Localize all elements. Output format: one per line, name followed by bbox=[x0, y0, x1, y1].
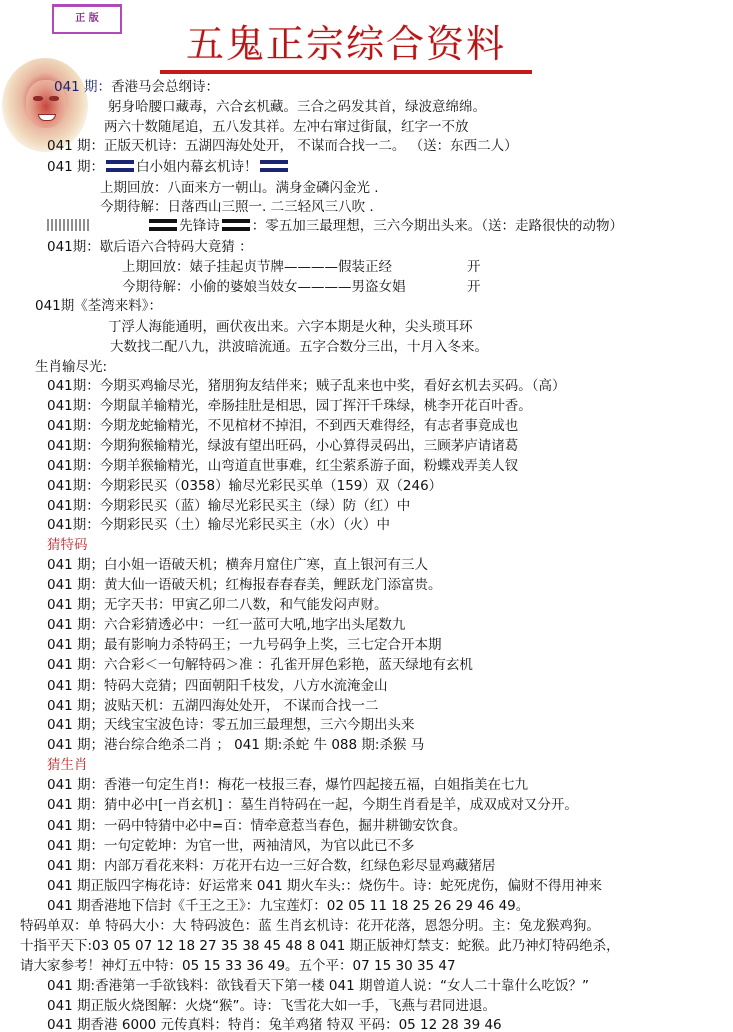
poem-line: 丁浮人海能通明，画伏夜出来。六字本期是火种，尖头琐耳环 bbox=[108, 318, 473, 337]
list-item: 041 期；波贴天机：五湖四海处处开， 不谋而合找一二 bbox=[47, 697, 378, 716]
block-hk-poem-heading: 041 期：香港马会总纲诗： bbox=[54, 78, 219, 97]
double-bar-icon bbox=[260, 160, 288, 172]
list-item: 041 期正版火烧图解：火烧“猴”。诗：飞雪花大如一手，飞燕与君同进退。 bbox=[47, 997, 496, 1016]
list-item: 041期：今期羊猴输精光，山弯道直世事难，红尘萦系游子面，粉蝶戏弄美人钗 bbox=[47, 457, 518, 476]
block-heading: 歇后语六合特码大竟猜 ： bbox=[100, 239, 253, 255]
eye-shape bbox=[33, 96, 43, 101]
last-issue-replay: 上期回放：八面来方一朝山。满身金磷闪金光 . bbox=[100, 179, 379, 198]
list-item: 请大家参考！神灯五中特：05 15 33 36 49。五个平：07 15 30 … bbox=[20, 957, 456, 976]
list-item: 041 期：特码大竞猜；四面朝阳千枝发，八方水流淹金山 bbox=[47, 677, 388, 696]
list-item: 041 期：六合彩＜一句解特码＞准 ：孔雀开屏色彩艳，蓝天绿地有玄机 bbox=[47, 656, 473, 675]
xiehouyu-current: 今期待解：小偷的婆娘当妓女————男盗女娼 bbox=[122, 278, 406, 297]
list-item: 041 期：一句定乾坤：为官一世，两袖清风，为官以此已不多 bbox=[47, 837, 415, 856]
block-heading: 白小姐内幕玄机诗！ bbox=[136, 159, 258, 175]
list-item: 041 期香港地下信封《千王之王》：九宝莲灯：02 05 11 18 25 26… bbox=[47, 897, 529, 916]
section-title-caitema: 猜特码 bbox=[47, 536, 88, 555]
list-item: 041期：今期彩民买（土）输尽光彩民买主（水）（火）中 bbox=[47, 516, 390, 535]
list-item: 041 期正版四字梅花诗：好运常来 041 期火车头:：烧伤牛。诗：蛇死虎伤，偏… bbox=[47, 877, 602, 896]
list-item: 041 期:香港第一手欲钱料：欲钱看天下第一楼 041 期曾道人说：“女人二十靠… bbox=[47, 977, 589, 996]
list-item: 041期：今期龙蛇输精光，不见棺材不掉泪，不到西天难得经，有志者事竟成也 bbox=[47, 417, 518, 436]
poem-line: 两六十数随尾追，五八发其祥。左冲右窜过街鼠，红字一不放 bbox=[104, 118, 469, 137]
xiehouyu-last: 上期回放：婊子挂起贞节牌————假装正经 bbox=[122, 258, 392, 277]
list-item: 041 期：一码中特猜中必中=百：情牵意惹当春色，掘井耕锄安饮食。 bbox=[47, 817, 466, 836]
list-item: 十指平天下:03 05 07 12 18 27 35 38 45 48 8 04… bbox=[20, 937, 620, 956]
smudged-issue-label bbox=[47, 219, 91, 231]
double-bar-icon bbox=[149, 219, 177, 231]
current-issue-riddle: 今期待解：日落西山三照一. 二三轻风三八吹 . bbox=[100, 198, 374, 217]
list-item: 041 期：猜中必中[一肖玄机] ：墓生肖特码在一起，今期生肖看是羊，成双成对又… bbox=[47, 796, 578, 815]
list-item: 041 期；天线宝宝波色诗：零五加三最理想，三六今期出头来 bbox=[47, 716, 415, 735]
quanwan-heading: 041期《荃湾来料》： bbox=[35, 297, 162, 316]
xiehouyu-heading: 041期：歇后语六合特码大竟猜 ： bbox=[47, 238, 253, 257]
list-item: 特码单双：单 特码大小：大 特码波色：蓝 生肖玄机诗：花开花落，恩怨分明。主：兔… bbox=[20, 917, 600, 936]
list-item: 041 期；无字天书：甲寅乙卯二八数，和气能发闷声财。 bbox=[47, 596, 388, 615]
vanguard-poem-row: 先锋诗：零五加三最理想，三六今期出头来。（送：走路很快的动物） bbox=[47, 217, 623, 236]
row-text: ：零五加三最理想，三六今期出头来。（送：走路很快的动物） bbox=[252, 218, 623, 234]
list-item: 041期：今期狗猴输精光，绿波有望出旺码，小心算得灵码出，三顾茅庐请诸葛 bbox=[47, 437, 518, 456]
block-heading: 香港马会总纲诗： bbox=[111, 79, 219, 95]
list-item: 041 期：内部万看花来料：万花开右边一三好合数，红绿色彩尽显鸡藏猪居 bbox=[47, 857, 496, 876]
double-bar-icon bbox=[222, 219, 250, 231]
list-item: 041期：今期彩民买（蓝）输尽光彩民买主（绿）防（红）中 bbox=[47, 497, 410, 516]
issue-label: 041 期： bbox=[47, 138, 104, 154]
tianji-poem-row: 041 期：正版天机诗：五湖四海处处开， 不谋而合找一二。 （送：东西二人） bbox=[47, 137, 518, 156]
page-title: 五鬼正宗综合资料 bbox=[160, 22, 532, 74]
list-item: 041期：今期彩民买（0358）输尽光彩民买单（159）双（246） bbox=[47, 477, 442, 496]
list-item: 041 期；最有影响力杀特码王；一九号码争上奖，三七定合开本期 bbox=[47, 636, 442, 655]
row-text: 今期待解：小偷的婆娘当妓女————男盗女娼 bbox=[122, 279, 406, 295]
result-open: 开 bbox=[467, 258, 481, 277]
issue-label: 041期： bbox=[47, 239, 100, 255]
row-text: 正版天机诗：五湖四海处处开， 不谋而合找一二。 （送：东西二人） bbox=[104, 138, 518, 154]
official-badge: 正 版 bbox=[52, 4, 122, 34]
list-item: 041 期香港 6000 元传真料：特肖：兔羊鸡猪 特双 平码：05 12 28… bbox=[47, 1016, 502, 1032]
list-item: 041期：今期鼠羊输精光，牵肠挂肚是相思，园丁挥汗千珠绿，桃李开花百叶香。 bbox=[47, 397, 532, 416]
mouth-shape bbox=[38, 114, 56, 121]
list-item: 041 期：黄大仙一语破天机；红梅报春春春美，鲤跃龙门添富贵。 bbox=[47, 576, 442, 595]
poem-line: 躬身哈腰口藏毒，六合玄机藏。三合之码发其首，绿波意绵绵。 bbox=[108, 98, 486, 117]
issue-label: 041 期： bbox=[54, 79, 111, 95]
row-text: 上期回放：婊子挂起贞节牌————假装正经 bbox=[122, 259, 392, 275]
section-title-shengxiao: 生肖输尽光: bbox=[35, 358, 107, 377]
section-title-caishengxiao: 猜生肖 bbox=[47, 756, 88, 775]
result-open: 开 bbox=[467, 278, 481, 297]
poem-line: 大数找二配八九，洪波暗流通。五字合数分三出，十月入冬来。 bbox=[110, 338, 488, 357]
list-item: 041 期：香港一句定生肖!：梅花一枝报三春，爆竹四起接五福，白姐指美在七九 bbox=[47, 776, 528, 795]
list-item: 041 期；白小姐一语破天机；横奔月窟住广寒，直上银河有三人 bbox=[47, 556, 428, 575]
bai-xiaojie-heading: 041 期：白小姐内幕玄机诗！ bbox=[47, 158, 290, 177]
block-heading: 先锋诗 bbox=[179, 218, 220, 234]
list-item: 041 期；港台综合绝杀二肖 ； 041 期:杀蛇 牛 088 期:杀猴 马 bbox=[47, 736, 424, 755]
issue-label: 041 期： bbox=[47, 159, 104, 175]
list-item: 041 期：六合彩猜透必中：一红一蓝可大吼,地字出头尾数九 bbox=[47, 616, 405, 635]
list-item: 041期：今期买鸡输尽光，猪朋狗友结伴来；贼子乱来也中奖，看好玄机去买码。（高） bbox=[47, 377, 566, 396]
double-bar-icon bbox=[106, 160, 134, 172]
